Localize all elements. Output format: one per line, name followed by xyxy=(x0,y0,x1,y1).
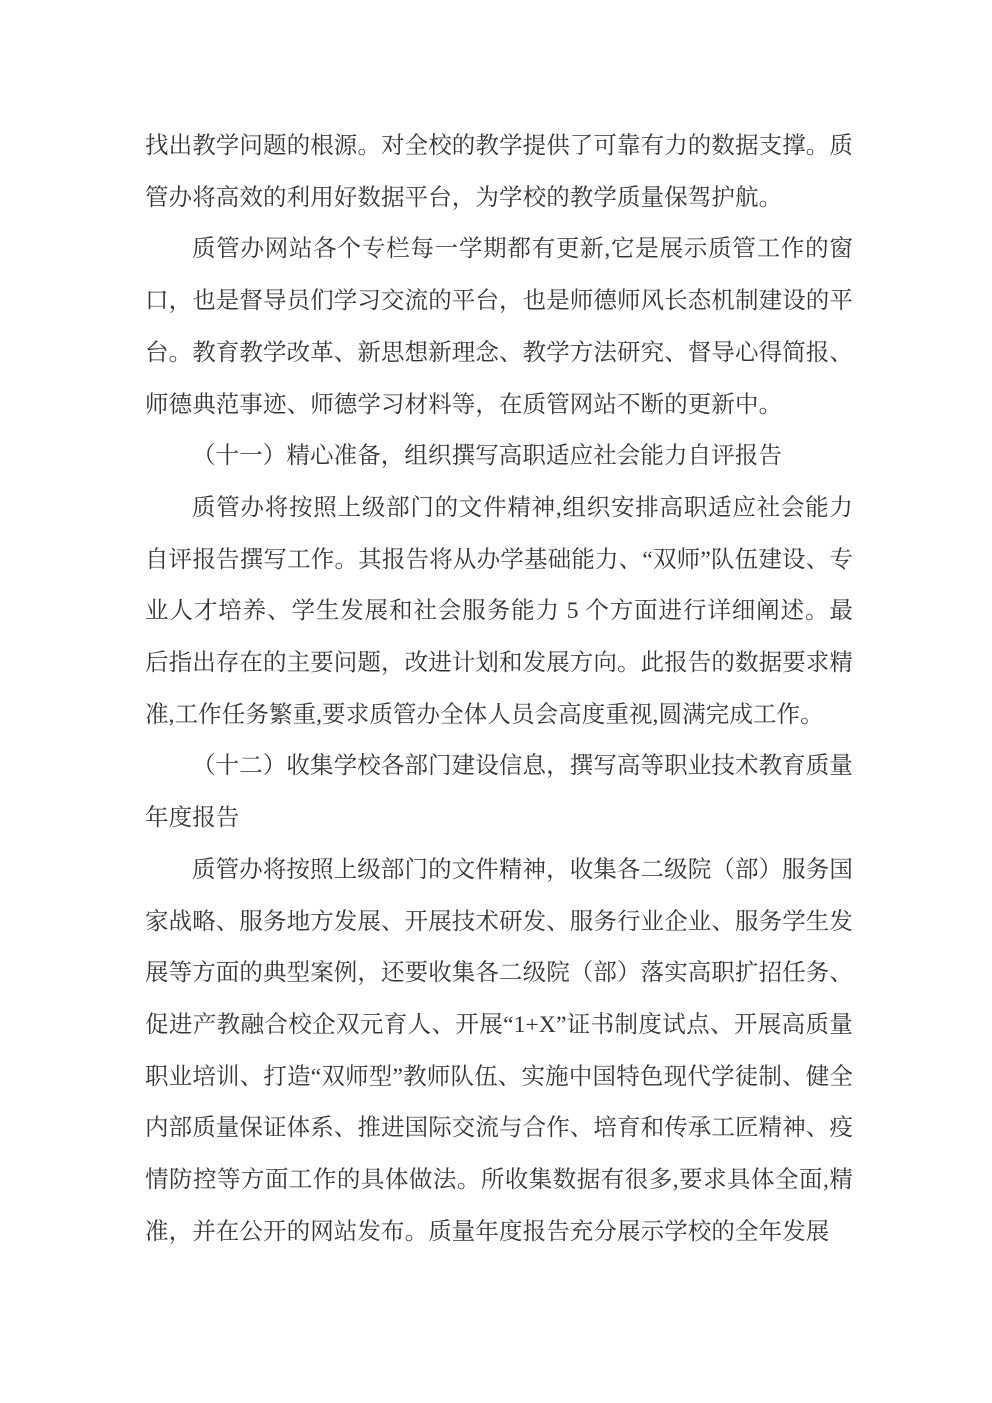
document-body: 找出教学问题的根源。对全校的教学提供了可靠有力的数据支撑。质管办将高效的利用好数… xyxy=(145,121,853,1258)
document-page: 找出教学问题的根源。对全校的教学提供了可靠有力的数据支撑。质管办将高效的利用好数… xyxy=(0,0,992,1403)
paragraph: 质管办将按照上级部门的文件精神,组织安排高职适应社会能力自评报告撰写工作。其报告… xyxy=(145,483,853,742)
paragraph: 找出教学问题的根源。对全校的教学提供了可靠有力的数据支撑。质管办将高效的利用好数… xyxy=(145,121,853,224)
section-heading: （十二）收集学校各部门建设信息，撰写高等职业技术教育质量年度报告 xyxy=(145,741,853,844)
paragraph: 质管办网站各个专栏每一学期都有更新,它是展示质管工作的窗口，也是督导员们学习交流… xyxy=(145,224,853,431)
section-heading: （十一）精心准备，组织撰写高职适应社会能力自评报告 xyxy=(145,431,853,483)
paragraph: 质管办将按照上级部门的文件精神，收集各二级院（部）服务国家战略、服务地方发展、开… xyxy=(145,845,853,1259)
